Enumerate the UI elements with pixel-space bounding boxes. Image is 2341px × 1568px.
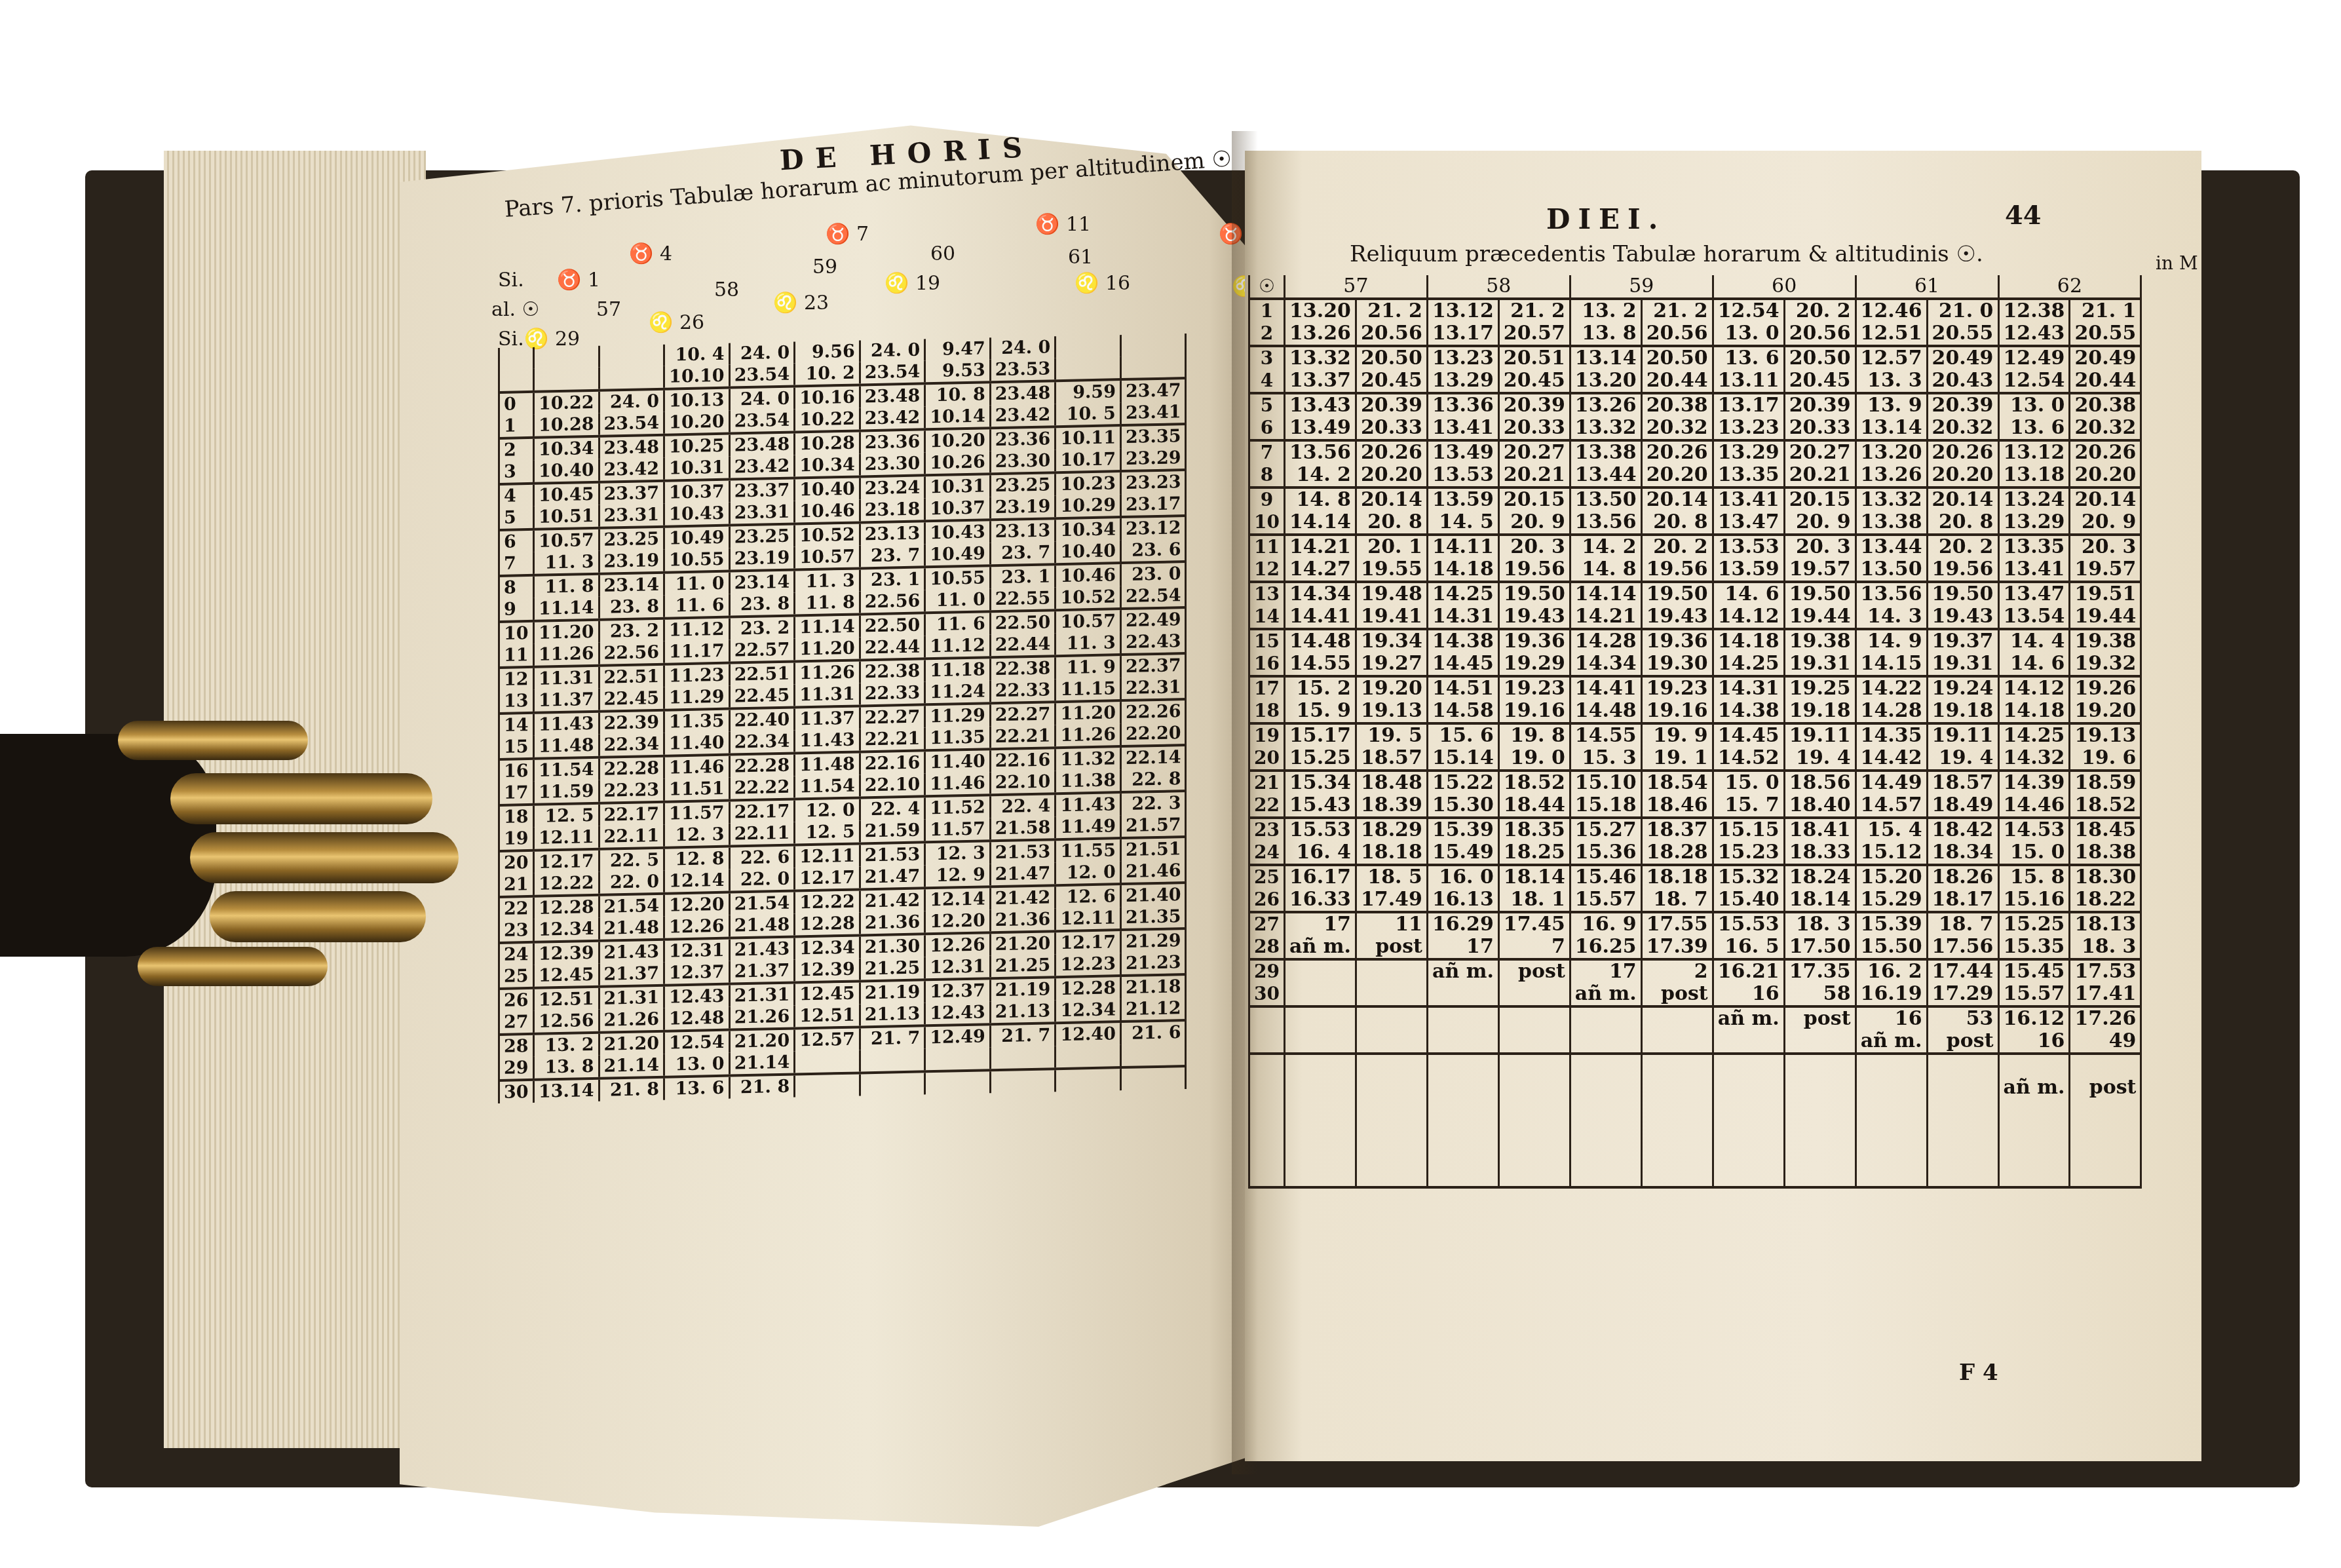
table-cell: 20. 3 xyxy=(1784,535,1856,558)
table-cell: 23.36 xyxy=(990,427,1056,451)
table-cell xyxy=(534,368,600,392)
sign-top: ♉ 4 xyxy=(629,242,672,265)
table-cell: 14.49 xyxy=(1856,771,1927,794)
table-cell: 22.31 xyxy=(1120,676,1186,700)
table-cell xyxy=(1927,1120,1998,1187)
table-cell: 11.35 xyxy=(925,726,991,750)
table-cell: 20. 9 xyxy=(1784,511,1856,535)
table-cell: 13. 0 xyxy=(664,1053,730,1077)
table-cell: 14.21 xyxy=(1284,535,1356,558)
table-cell: 18.39 xyxy=(1356,794,1427,818)
table-cell: 23. 1 xyxy=(990,564,1056,588)
table-cell: 10.46 xyxy=(1056,563,1121,587)
table-cell xyxy=(1427,983,1498,1006)
table-cell: 14. 3 xyxy=(1856,605,1927,629)
table-cell: 10.16 xyxy=(795,385,860,409)
table-cell: 15.57 xyxy=(1570,889,1641,912)
table-cell: 18.29 xyxy=(1356,818,1427,841)
table-cell: 13.50 xyxy=(1856,558,1927,582)
table-cell: 20.56 xyxy=(1356,322,1427,346)
table-cell: 22.55 xyxy=(990,587,1056,611)
table-cell: 18.56 xyxy=(1784,771,1856,794)
table-cell: 20.14 xyxy=(1641,488,1713,511)
latitude-header: 57 xyxy=(596,298,621,321)
day-number: 20 xyxy=(499,851,534,874)
table-cell xyxy=(1856,1054,1927,1120)
table-cell: 18.59 xyxy=(2070,771,2141,794)
table-cell: 9.53 xyxy=(925,359,991,383)
table-cell: 21. 8 xyxy=(729,1075,795,1099)
day-number: 25 xyxy=(499,965,534,989)
table-cell: 18.52 xyxy=(1498,771,1570,794)
table-cell: 22.14 xyxy=(1120,745,1186,769)
table-cell: 12.34 xyxy=(795,935,860,959)
table-cell: 13.29 xyxy=(1998,511,2070,535)
table-cell xyxy=(1570,1030,1641,1054)
table-cell: 14.46 xyxy=(1998,794,2070,818)
table-cell: 15.35 xyxy=(1998,936,2070,959)
table-row: 1514.4819.3414.3819.3614.2819.3614.1819.… xyxy=(1249,629,2141,653)
table-cell: 11. 0 xyxy=(925,588,991,613)
table-cell: 14.32 xyxy=(1998,747,2070,771)
latitude-header: 59 xyxy=(1570,275,1713,299)
table-cell: 12.45 xyxy=(795,981,860,1005)
table-cell: 10.49 xyxy=(925,543,991,567)
table-cell: 20. 2 xyxy=(1927,535,1998,558)
table-cell: 22.17 xyxy=(729,799,795,824)
table-cell xyxy=(1356,983,1427,1006)
table-cell: 15.18 xyxy=(1570,794,1641,818)
table-cell: 23.54 xyxy=(729,410,795,434)
table-cell xyxy=(795,1050,860,1074)
table-cell: 17.29 xyxy=(1927,983,1998,1006)
table-cell xyxy=(1570,1054,1641,1120)
table-cell: 23.31 xyxy=(599,504,664,528)
table-cell: 20.55 xyxy=(1927,322,1998,346)
table-cell: 20.44 xyxy=(2070,370,2141,393)
table-cell xyxy=(990,1046,1056,1070)
table-cell: 17.55 xyxy=(1641,912,1713,936)
table-cell: 23.30 xyxy=(860,452,925,476)
table-cell: 13.17 xyxy=(1427,322,1498,346)
table-cell: 13.32 xyxy=(1284,346,1356,370)
left-hours-table: 10. 424. 09.5624. 09.4724. 010.1023.5410… xyxy=(498,334,1187,1103)
latitude-header: 57 xyxy=(1284,275,1427,299)
table-cell: 19.36 xyxy=(1498,629,1570,653)
day-number: 19 xyxy=(1249,723,1285,747)
table-cell: 21.54 xyxy=(599,894,664,918)
table-cell: 24. 0 xyxy=(729,342,795,365)
table-cell xyxy=(1784,1120,1856,1187)
day-number: 18 xyxy=(499,805,534,828)
finger xyxy=(210,891,426,942)
table-cell: 11. 0 xyxy=(664,571,730,596)
table-cell: 22. 0 xyxy=(729,868,795,892)
table-cell: 15.34 xyxy=(1284,771,1356,794)
table-cell: 17.44 xyxy=(1927,959,1998,983)
table-cell: 14.45 xyxy=(1427,653,1498,676)
table-cell: 12.43 xyxy=(925,1001,991,1025)
signature-mark: F 4 xyxy=(1959,1360,1998,1386)
table-cell: 16.12 xyxy=(1998,1006,2070,1030)
table-cell: 13. 8 xyxy=(1570,322,1641,346)
table-cell: 13.41 xyxy=(1713,488,1784,511)
table-cell xyxy=(1284,1006,1356,1030)
table-row: 313.3220.5013.2320.5113.1420.5013. 620.5… xyxy=(1249,346,2141,370)
table-cell: 12.39 xyxy=(534,941,600,965)
table-cell: 20.32 xyxy=(1927,417,1998,440)
table-cell: 12. 9 xyxy=(925,864,991,888)
table-cell: 24. 0 xyxy=(599,389,664,413)
table-cell: 22.43 xyxy=(1120,630,1186,655)
table-cell: 22.16 xyxy=(860,750,925,774)
table-cell: 22.56 xyxy=(599,641,664,666)
table-cell: 20.14 xyxy=(1356,488,1427,511)
table-cell: 12.54 xyxy=(1713,299,1784,322)
table-cell: 22.28 xyxy=(599,756,664,780)
table-cell: 9.59 xyxy=(1056,379,1121,404)
table-cell: 23.53 xyxy=(990,358,1056,382)
day-number: 27 xyxy=(499,1011,534,1035)
table-cell: 22.38 xyxy=(860,659,925,683)
table-cell: 11.55 xyxy=(1056,838,1121,862)
table-row: 2215.4318.3915.3018.4415.1818.4615. 718.… xyxy=(1249,794,2141,818)
table-cell: 12.20 xyxy=(925,909,991,934)
table-cell: 17.53 xyxy=(2070,959,2141,983)
table-cell: 14. 6 xyxy=(1998,653,2070,676)
table-cell: 10.14 xyxy=(925,405,991,429)
finger xyxy=(170,773,432,824)
table-cell: 20. 8 xyxy=(1356,511,1427,535)
day-number: 25 xyxy=(1249,865,1285,889)
table-cell xyxy=(860,1048,925,1073)
table-cell: 19. 5 xyxy=(1356,723,1427,747)
table-cell: 22.11 xyxy=(729,822,795,847)
table-cell: 11.48 xyxy=(795,752,860,776)
table-cell: 20.33 xyxy=(1784,417,1856,440)
table-cell: 22.40 xyxy=(729,708,795,732)
table-cell: 16 xyxy=(1713,983,1784,1006)
table-cell: 13.38 xyxy=(1570,440,1641,464)
table-cell: 16. 4 xyxy=(1284,841,1356,865)
table-cell: 20.21 xyxy=(1784,464,1856,488)
table-cell: 22.11 xyxy=(599,825,664,849)
table-cell: 18.46 xyxy=(1641,794,1713,818)
table-cell: 58 xyxy=(1784,983,1856,1006)
day-number: 16 xyxy=(1249,653,1285,676)
table-cell: 10.43 xyxy=(664,503,730,527)
table-cell: 15.27 xyxy=(1570,818,1641,841)
table-cell: 10.49 xyxy=(664,526,730,550)
table-cell: 12.22 xyxy=(534,872,600,896)
table-cell: 19.41 xyxy=(1356,605,1427,629)
right-caption: Reliquum præcedentis Tabulæ horarum & al… xyxy=(1350,241,1983,267)
table-cell: 12. 3 xyxy=(925,841,991,865)
sign-top: ♉ 11 xyxy=(1035,213,1091,236)
table-cell: 22. 3 xyxy=(1120,791,1186,815)
day-number: 23 xyxy=(1249,818,1285,841)
table-cell: 22.26 xyxy=(1120,699,1186,723)
table-cell: 23.42 xyxy=(729,455,795,480)
table-cell: 18.30 xyxy=(2070,865,2141,889)
table-cell: 15. 6 xyxy=(1427,723,1498,747)
table-cell: 19.43 xyxy=(1927,605,1998,629)
table-cell: 13.47 xyxy=(1998,582,2070,605)
table-cell xyxy=(925,1047,991,1071)
table-cell: 21. 7 xyxy=(990,1023,1056,1047)
day-number: 9 xyxy=(1249,488,1285,511)
table-cell: 11.40 xyxy=(925,749,991,773)
table-cell: 11.57 xyxy=(664,801,730,825)
table-cell: 20.39 xyxy=(1927,393,1998,417)
table-cell: 18.49 xyxy=(1927,794,1998,818)
table-cell: 19.27 xyxy=(1356,653,1427,676)
table-cell: 13. 6 xyxy=(664,1076,730,1100)
table-cell: 20.56 xyxy=(1784,322,1856,346)
table-cell: post xyxy=(1784,1006,1856,1030)
table-cell: 15. 2 xyxy=(1284,676,1356,700)
table-cell: 49 xyxy=(2070,1030,2141,1054)
table-cell: 20.32 xyxy=(2070,417,2141,440)
table-cell: 15.40 xyxy=(1713,889,1784,912)
day-number: 13 xyxy=(1249,582,1285,605)
table-cell: 12.14 xyxy=(664,870,730,894)
table-cell: 20.39 xyxy=(1784,393,1856,417)
table-cell: 13.50 xyxy=(1570,488,1641,511)
table-row xyxy=(1249,1120,2141,1187)
table-cell: 10.11 xyxy=(1056,425,1121,449)
table-cell: 19.25 xyxy=(1784,676,1856,700)
table-cell: 22. 6 xyxy=(729,845,795,870)
table-cell: 7 xyxy=(1498,936,1570,959)
page-number: 44 xyxy=(2005,200,2042,231)
table-cell: 14.14 xyxy=(1570,582,1641,605)
table-cell xyxy=(1641,1030,1713,1054)
table-cell: 11.20 xyxy=(534,620,600,644)
table-cell: 12.51 xyxy=(534,987,600,1011)
latitude-header: 60 xyxy=(930,242,955,265)
table-cell: 23.19 xyxy=(729,547,795,571)
table-cell: 15.46 xyxy=(1570,865,1641,889)
table-cell: 13.26 xyxy=(1570,393,1641,417)
table-cell: 15. 0 xyxy=(1713,771,1784,794)
table-cell: 18.13 xyxy=(2070,912,2141,936)
table-cell: 11.59 xyxy=(534,780,600,805)
table-cell xyxy=(1427,1006,1498,1030)
table-cell: 11.23 xyxy=(664,663,730,687)
table-cell: 22.21 xyxy=(860,727,925,752)
table-cell: 15.15 xyxy=(1713,818,1784,841)
latitude-header: 60 xyxy=(1713,275,1856,299)
table-cell: 14. 8 xyxy=(1570,558,1641,582)
table-cell: 11.37 xyxy=(795,706,860,730)
table-cell: 12.51 xyxy=(795,1004,860,1028)
table-cell: 10.34 xyxy=(795,453,860,478)
table-cell: 14.22 xyxy=(1856,676,1927,700)
sign-value: ♉ 1 xyxy=(557,269,600,292)
table-cell: 18.38 xyxy=(2070,841,2141,865)
table-cell: añ m. xyxy=(1427,959,1498,983)
table-cell: 23. 8 xyxy=(599,596,664,620)
table-cell: 9.56 xyxy=(795,340,860,363)
table-cell: 21.37 xyxy=(729,960,795,984)
table-cell xyxy=(1998,1120,2070,1187)
table-cell: 19.16 xyxy=(1641,700,1713,723)
table-cell: 19.18 xyxy=(1784,700,1856,723)
table-cell: 12.17 xyxy=(1056,930,1121,954)
table-cell: 21.18 xyxy=(1120,974,1186,999)
table-cell xyxy=(1427,1120,1498,1187)
table-cell: 19.36 xyxy=(1641,629,1713,653)
table-cell: post xyxy=(1927,1030,1998,1054)
table-cell xyxy=(1284,983,1356,1006)
table-cell xyxy=(860,1071,925,1096)
table-cell: 20.39 xyxy=(1498,393,1570,417)
table-cell: 23.25 xyxy=(990,472,1056,497)
table-cell: 18.37 xyxy=(1641,818,1713,841)
table-cell: 16. 0 xyxy=(1427,865,1498,889)
table-cell: 23.36 xyxy=(860,429,925,453)
sign-value: ♌ 23 xyxy=(773,292,829,315)
table-cell xyxy=(1120,1066,1186,1090)
table-cell: 11. 8 xyxy=(534,574,600,598)
table-cell: 20.45 xyxy=(1356,370,1427,393)
table-cell: 13. 0 xyxy=(1998,393,2070,417)
table-cell: 12.26 xyxy=(664,915,730,940)
table-cell: 13.14 xyxy=(534,1079,600,1103)
table-cell xyxy=(795,1073,860,1097)
sign-top: ♉ 7 xyxy=(826,223,869,246)
table-cell: 19.31 xyxy=(1784,653,1856,676)
table-cell: 22.44 xyxy=(990,633,1056,657)
table-cell: 21.14 xyxy=(729,1052,795,1076)
table-cell: 23.37 xyxy=(729,478,795,503)
table-row: 28añ m.post17716.2517.3916. 517.5015.501… xyxy=(1249,936,2141,959)
table-cell: 18.14 xyxy=(1498,865,1570,889)
table-cell: 23.42 xyxy=(860,406,925,430)
table-cell: 21. 2 xyxy=(1356,299,1427,322)
table-cell: 22.33 xyxy=(860,681,925,706)
table-cell: 11. 3 xyxy=(1056,632,1121,656)
table-cell: 10.10 xyxy=(664,365,730,389)
table-cell: 18. 1 xyxy=(1498,889,1570,912)
table-row: 2616.3317.4916.1318. 115.5718. 715.4018.… xyxy=(1249,889,2141,912)
day-number: 30 xyxy=(1249,983,1285,1006)
table-cell: 12.20 xyxy=(664,892,730,917)
table-cell: 15.32 xyxy=(1713,865,1784,889)
table-cell: 23.42 xyxy=(599,458,664,482)
table-cell: 11.54 xyxy=(534,757,600,782)
table-cell: 18.57 xyxy=(1927,771,1998,794)
table-cell: 19.50 xyxy=(1641,582,1713,605)
table-cell xyxy=(1120,355,1186,379)
table-cell xyxy=(1856,1120,1927,1187)
table-cell: 11.26 xyxy=(534,643,600,667)
day-number: 4 xyxy=(1249,370,1285,393)
table-cell: 18. 7 xyxy=(1927,912,1998,936)
table-cell: 22.39 xyxy=(599,710,664,735)
table-cell xyxy=(1356,959,1427,983)
finger xyxy=(190,832,459,883)
table-cell: 20.14 xyxy=(2070,488,2141,511)
table-cell: 11.12 xyxy=(664,617,730,641)
table-cell: 16.13 xyxy=(1427,889,1498,912)
table-cell: 15.50 xyxy=(1856,936,1927,959)
table-cell: 11.46 xyxy=(664,755,730,779)
table-cell: 17.41 xyxy=(2070,983,2141,1006)
table-cell: 21.57 xyxy=(1120,814,1186,838)
sign-value: ♌ 19 xyxy=(885,272,940,295)
table-cell: 19.55 xyxy=(1356,558,1427,582)
table-cell: 23.25 xyxy=(599,527,664,551)
table-cell: 10.31 xyxy=(664,457,730,481)
table-cell: 23. 2 xyxy=(599,619,664,643)
table-cell: 14. 2 xyxy=(1284,464,1356,488)
table-cell: 13.44 xyxy=(1856,535,1927,558)
table-cell: 11.40 xyxy=(664,732,730,756)
table-cell: 18.25 xyxy=(1498,841,1570,865)
table-cell: 21.13 xyxy=(990,1000,1056,1024)
table-cell: 12.48 xyxy=(664,1007,730,1031)
table-cell: 23.47 xyxy=(1120,378,1186,402)
table-cell: 19. 1 xyxy=(1641,747,1713,771)
table-cell: 18.18 xyxy=(1356,841,1427,865)
table-cell: 12.37 xyxy=(925,978,991,1003)
table-cell: 15.29 xyxy=(1856,889,1927,912)
table-cell: 19.11 xyxy=(1784,723,1856,747)
table-cell xyxy=(990,1069,1056,1093)
table-cell: 18.17 xyxy=(1927,889,1998,912)
table-cell: 21.54 xyxy=(729,891,795,915)
table-cell: 21.31 xyxy=(729,983,795,1007)
table-cell xyxy=(1784,1030,1856,1054)
table-cell: 19.48 xyxy=(1356,582,1427,605)
table-cell: 13.26 xyxy=(1284,322,1356,346)
table-cell: 13.53 xyxy=(1713,535,1784,558)
table-cell: 22.56 xyxy=(860,590,925,614)
table-cell xyxy=(1570,1006,1641,1030)
day-number: 22 xyxy=(1249,794,1285,818)
table-cell: 19.37 xyxy=(1927,629,1998,653)
table-cell: 14.39 xyxy=(1998,771,2070,794)
table-cell: post xyxy=(2070,1054,2141,1120)
table-cell: 13.53 xyxy=(1427,464,1498,488)
table-row: 613.4920.3313.4120.3313.3220.3213.2320.3… xyxy=(1249,417,2141,440)
table-cell: 20.56 xyxy=(1641,322,1713,346)
table-cell: 19.18 xyxy=(1927,700,1998,723)
table-cell: 14.55 xyxy=(1570,723,1641,747)
table-cell: 23.13 xyxy=(990,518,1056,543)
table-cell: 13.12 xyxy=(1427,299,1498,322)
table-cell: 22. 4 xyxy=(990,794,1056,818)
table-cell: 19.51 xyxy=(2070,582,2141,605)
table-cell: 11. 6 xyxy=(925,611,991,636)
table-cell: 13.20 xyxy=(1284,299,1356,322)
table-cell xyxy=(1284,1030,1356,1054)
table-cell: 19. 8 xyxy=(1498,723,1570,747)
table-cell: 14.15 xyxy=(1856,653,1927,676)
table-cell: 13. 6 xyxy=(1998,417,2070,440)
table-cell: 19.43 xyxy=(1641,605,1713,629)
table-cell: 20.32 xyxy=(1641,417,1713,440)
table-cell: 14. 6 xyxy=(1713,582,1784,605)
table-cell: 11.38 xyxy=(1056,769,1121,794)
table-cell: 10.28 xyxy=(534,413,600,438)
table-cell: añ m. xyxy=(1998,1054,2070,1120)
table-cell: 15. 4 xyxy=(1856,818,1927,841)
table-cell: 10.17 xyxy=(1056,448,1121,472)
table-cell: 20.49 xyxy=(1927,346,1998,370)
